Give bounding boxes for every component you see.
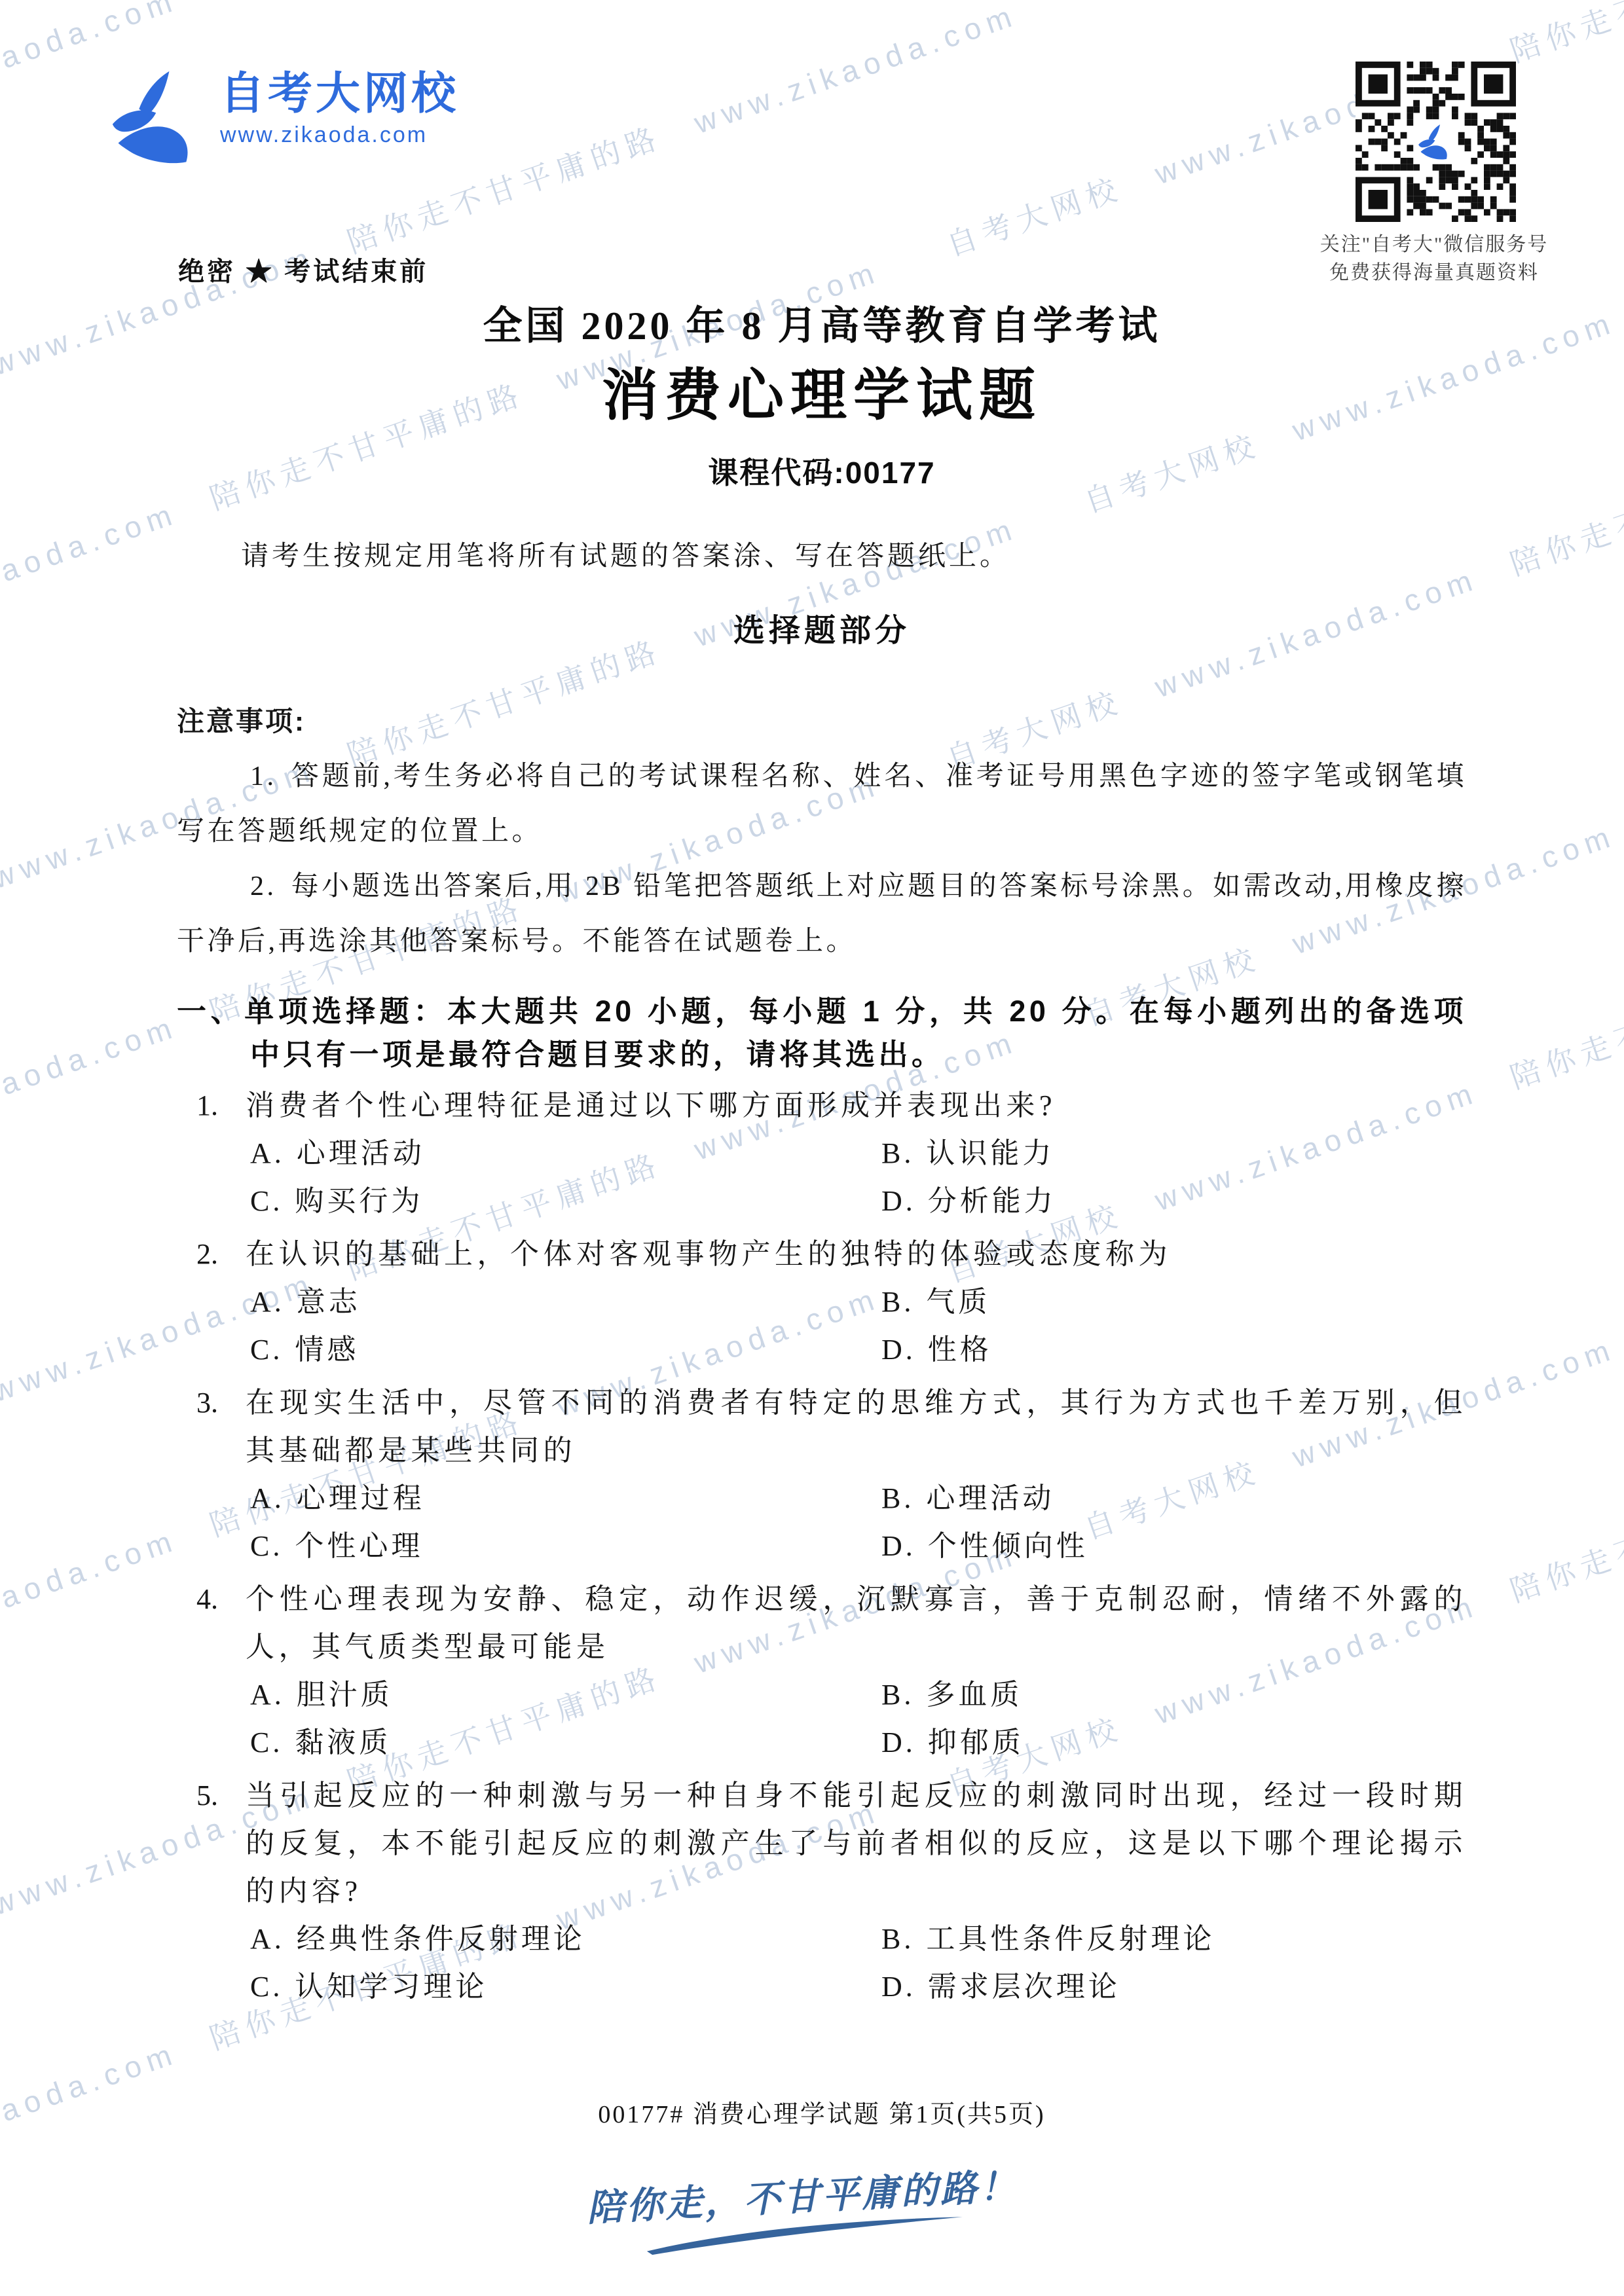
option-d: D.分析能力 xyxy=(881,1177,1467,1225)
option-a: A.胆汁质 xyxy=(177,1671,881,1719)
option-text: 需求层次理论 xyxy=(928,1971,1120,2003)
option-text: 抑郁质 xyxy=(928,1726,1024,1758)
question-number: 5. xyxy=(196,1772,218,1819)
option-grid: A.胆汁质B.多血质C.黏液质D.抑郁质 xyxy=(177,1671,1467,1766)
option-label: D. xyxy=(881,1530,916,1562)
question-block: 2.在认识的基础上，个体对客观事物产生的独特的体验或态度称为A.意志B.气质C.… xyxy=(177,1230,1467,1374)
option-d: D.需求层次理论 xyxy=(881,1963,1467,2011)
option-b: B.认识能力 xyxy=(881,1129,1467,1177)
option-text: 意志 xyxy=(297,1286,361,1318)
option-text: 认知学习理论 xyxy=(295,1971,487,2003)
option-label: A. xyxy=(250,1482,285,1514)
mc-section-heading: 一、单项选择题：本大题共 20 小题，每小题 1 分，共 20 分。在每小题列出… xyxy=(177,990,1467,1076)
note-text: 每小题选出答案后,用 2B 铅笔把答题纸上对应题目的答案标号涂黑。如需改动,用橡… xyxy=(177,871,1467,957)
question-number: 3. xyxy=(196,1379,218,1427)
subject-title: 消费心理学试题 xyxy=(177,350,1467,431)
option-b: B.工具性条件反射理论 xyxy=(881,1915,1467,1963)
option-text: 购买行为 xyxy=(295,1185,423,1217)
question-stem: 4.个性心理表现为安静、稳定，动作迟缓，沉默寡言，善于克制忍耐，情绪不外露的人，… xyxy=(177,1575,1467,1671)
option-label: B. xyxy=(881,1679,914,1711)
option-text: 黏液质 xyxy=(295,1726,391,1758)
question-stem: 1.消费者个性心理特征是通过以下哪方面形成并表现出来? xyxy=(177,1082,1467,1129)
option-text: 胆汁质 xyxy=(297,1679,393,1711)
option-d: D.性格 xyxy=(881,1326,1467,1374)
option-label: C. xyxy=(250,1971,283,2003)
option-text: 工具性条件反射理论 xyxy=(926,1923,1215,1955)
option-d: D.个性倾向性 xyxy=(881,1522,1467,1570)
option-label: C. xyxy=(250,1334,283,1366)
option-text: 个性倾向性 xyxy=(928,1530,1088,1562)
footer-page-info: 00177# 消费心理学试题 第1页(共5页) xyxy=(177,2094,1467,2130)
note-item: 1.答题前,考生务必将自己的考试课程名称、姓名、准考证号用黑色字迹的签字笔或钢笔… xyxy=(177,749,1467,859)
option-text: 认识能力 xyxy=(926,1137,1054,1169)
question-text: 在现实生活中，尽管不同的消费者有特定的思维方式，其行为方式也千差万别，但其基础都… xyxy=(246,1387,1467,1467)
question-stem: 5.当引起反应的一种刺激与另一种自身不能引起反应的刺激同时出现，经过一段时期的反… xyxy=(177,1772,1467,1915)
option-grid: A.意志B.气质C.情感D.性格 xyxy=(177,1278,1467,1374)
option-a: A.心理过程 xyxy=(177,1474,881,1522)
question-number: 4. xyxy=(196,1575,218,1623)
question-text: 消费者个性心理特征是通过以下哪方面形成并表现出来? xyxy=(246,1089,1056,1121)
option-text: 多血质 xyxy=(926,1679,1022,1711)
question-stem: 2.在认识的基础上，个体对客观事物产生的独特的体验或态度称为 xyxy=(177,1230,1467,1278)
option-text: 心理活动 xyxy=(926,1482,1054,1514)
question-text: 当引起反应的一种刺激与另一种自身不能引起反应的刺激同时出现，经过一段时期的反复，… xyxy=(246,1779,1467,1907)
option-c: C.购买行为 xyxy=(177,1177,881,1225)
option-label: B. xyxy=(881,1286,914,1318)
option-text: 心理过程 xyxy=(297,1482,425,1514)
option-a: A.意志 xyxy=(177,1278,881,1326)
question-block: 5.当引起反应的一种刺激与另一种自身不能引起反应的刺激同时出现，经过一段时期的反… xyxy=(177,1772,1467,2011)
notes: 注意事项: 1.答题前,考生务必将自己的考试课程名称、姓名、准考证号用黑色字迹的… xyxy=(177,694,1467,969)
option-text: 分析能力 xyxy=(928,1185,1056,1217)
option-text: 情感 xyxy=(295,1334,359,1366)
question-block: 1.消费者个性心理特征是通过以下哪方面形成并表现出来?A.心理活动B.认识能力C… xyxy=(177,1082,1467,1225)
option-b: B.多血质 xyxy=(881,1671,1467,1719)
option-label: A. xyxy=(250,1679,285,1711)
question-number: 1. xyxy=(196,1082,218,1129)
option-c: C.个性心理 xyxy=(177,1522,881,1570)
question-block: 4.个性心理表现为安静、稳定，动作迟缓，沉默寡言，善于克制忍耐，情绪不外露的人，… xyxy=(177,1575,1467,1766)
note-text: 答题前,考生务必将自己的考试课程名称、姓名、准考证号用黑色字迹的签字笔或钢笔填写… xyxy=(177,761,1467,847)
option-c: C.黏液质 xyxy=(177,1719,881,1766)
option-text: 经典性条件反射理论 xyxy=(297,1923,585,1955)
course-code: 课程代码:00177 xyxy=(177,449,1467,492)
question-number: 2. xyxy=(196,1230,218,1278)
option-text: 性格 xyxy=(928,1334,992,1366)
option-b: B.气质 xyxy=(881,1278,1467,1326)
option-text: 个性心理 xyxy=(295,1530,423,1562)
option-label: C. xyxy=(250,1530,283,1562)
note-number: 2. xyxy=(250,871,277,902)
option-label: D. xyxy=(881,1334,916,1366)
option-label: A. xyxy=(250,1286,285,1318)
note-number: 1. xyxy=(250,761,277,792)
intro-instruction: 请考生按规定用笔将所有试题的答案涂、写在答题纸上。 xyxy=(177,537,1467,576)
option-c: C.情感 xyxy=(177,1326,881,1374)
option-d: D.抑郁质 xyxy=(881,1719,1467,1766)
note-item: 2.每小题选出答案后,用 2B 铅笔把答题纸上对应题目的答案标号涂黑。如需改动,… xyxy=(177,859,1467,969)
question-text: 在认识的基础上，个体对客观事物产生的独特的体验或态度称为 xyxy=(246,1238,1172,1270)
section-title: 选择题部分 xyxy=(177,605,1467,650)
option-label: C. xyxy=(250,1726,283,1758)
notes-heading: 注意事项: xyxy=(177,694,1467,749)
option-text: 心理活动 xyxy=(297,1137,425,1169)
option-label: D. xyxy=(881,1726,916,1758)
question-stem: 3.在现实生活中，尽管不同的消费者有特定的思维方式，其行为方式也千差万别，但其基… xyxy=(177,1379,1467,1474)
option-label: C. xyxy=(250,1185,283,1217)
exam-title: 全国 2020 年 8 月高等教育自学考试 xyxy=(177,295,1467,351)
option-b: B.心理活动 xyxy=(881,1474,1467,1522)
option-label: B. xyxy=(881,1923,914,1955)
option-a: A.心理活动 xyxy=(177,1129,881,1177)
questions: 1.消费者个性心理特征是通过以下哪方面形成并表现出来?A.心理活动B.认识能力C… xyxy=(177,1082,1467,2016)
option-grid: A.心理活动B.认识能力C.购买行为D.分析能力 xyxy=(177,1129,1467,1225)
content-column: 全国 2020 年 8 月高等教育自学考试 消费心理学试题 课程代码:00177… xyxy=(177,0,1467,2296)
question-text: 个性心理表现为安静、稳定，动作迟缓，沉默寡言，善于克制忍耐，情绪不外露的人，其气… xyxy=(246,1583,1467,1663)
option-text: 气质 xyxy=(926,1286,990,1318)
option-label: A. xyxy=(250,1923,285,1955)
question-block: 3.在现实生活中，尽管不同的消费者有特定的思维方式，其行为方式也千差万别，但其基… xyxy=(177,1379,1467,1570)
option-grid: A.心理过程B.心理活动C.个性心理D.个性倾向性 xyxy=(177,1474,1467,1570)
option-label: B. xyxy=(881,1137,914,1169)
option-grid: A.经典性条件反射理论B.工具性条件反射理论C.认知学习理论D.需求层次理论 xyxy=(177,1915,1467,2011)
option-c: C.认知学习理论 xyxy=(177,1963,881,2011)
option-label: A. xyxy=(250,1137,285,1169)
option-label: B. xyxy=(881,1482,914,1514)
exam-page: 自考大网校 www.zikaoda.com 陪你走不甘平庸的路 www.zika… xyxy=(0,0,1624,2296)
option-label: D. xyxy=(881,1185,916,1217)
option-label: D. xyxy=(881,1971,916,2003)
option-a: A.经典性条件反射理论 xyxy=(177,1915,881,1963)
